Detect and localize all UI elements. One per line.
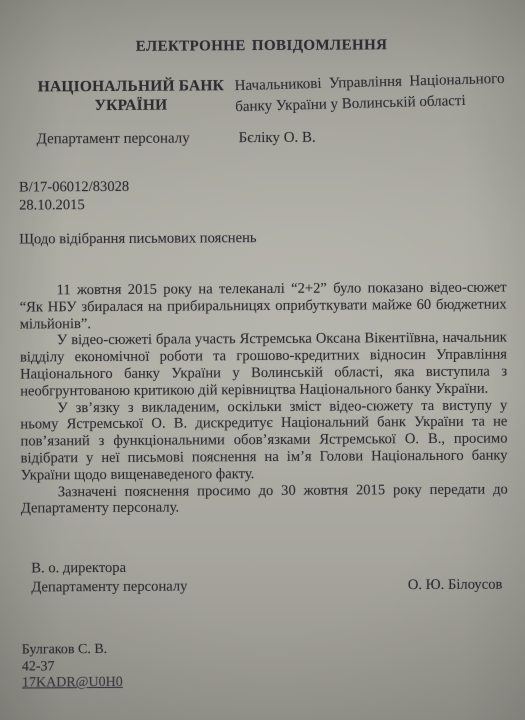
executor-block: Булгаков С. В. 42-37 17KADR@U0H0: [22, 640, 509, 692]
body-paragraph: Зазначені пояснення просимо до 30 жовтня…: [21, 481, 508, 518]
sender-department-row: Департамент персоналу Бєліку О. В.: [19, 129, 506, 149]
reference-date: 28.10.2015: [19, 194, 506, 215]
document-photo: ЕЛЕКТРОННЕ ПОВІДОМЛЕННЯ НАЦІОНАЛЬНИЙ БАН…: [0, 0, 525, 720]
reference-block: В/17-06012/83028 28.10.2015: [19, 176, 506, 215]
recipient-name: Бєліку О. В.: [239, 130, 316, 147]
signature-title: В. о. директора Департаменту персоналу: [31, 559, 187, 597]
letterhead: НАЦІОНАЛЬНИЙ БАНК УКРАЇНИ Начальникові У…: [18, 75, 505, 119]
signature-row: В. о. директора Департаменту персоналу О…: [21, 557, 508, 597]
letter-body: 11 жовтня 2015 року на телеканалі “2+2” …: [20, 280, 508, 518]
recipient-address: Начальникові Управління Національного ба…: [235, 69, 506, 117]
body-paragraph: У відео-сюжеті брала участь Ястремська О…: [20, 330, 507, 400]
sender-department: Департамент персоналу: [37, 130, 229, 148]
letter-page: ЕЛЕКТРОННЕ ПОВІДОМЛЕННЯ НАЦІОНАЛЬНИЙ БАН…: [0, 0, 525, 720]
body-paragraph: 11 жовтня 2015 року на телеканалі “2+2” …: [20, 280, 507, 333]
sender-name-line2: УКРАЇНИ: [36, 95, 225, 115]
document-title: ЕЛЕКТРОННЕ ПОВІДОМЛЕННЯ: [18, 37, 505, 57]
signature-name: О. Ю. Білоусов: [408, 575, 503, 594]
signature-title-line1: В. о. директора: [31, 559, 187, 578]
sender-name-line1: НАЦІОНАЛЬНИЙ БАНК: [36, 76, 225, 96]
sender-name: НАЦІОНАЛЬНИЙ БАНК УКРАЇНИ: [36, 76, 225, 118]
signature-title-line2: Департаменту персоналу: [31, 577, 187, 596]
subject-line: Щодо відібрання письмових пояснень: [19, 229, 506, 249]
body-paragraph: У зв’язку з викладеним, оскільки зміст в…: [20, 397, 508, 484]
executor-email: 17KADR@U0H0: [22, 673, 509, 692]
